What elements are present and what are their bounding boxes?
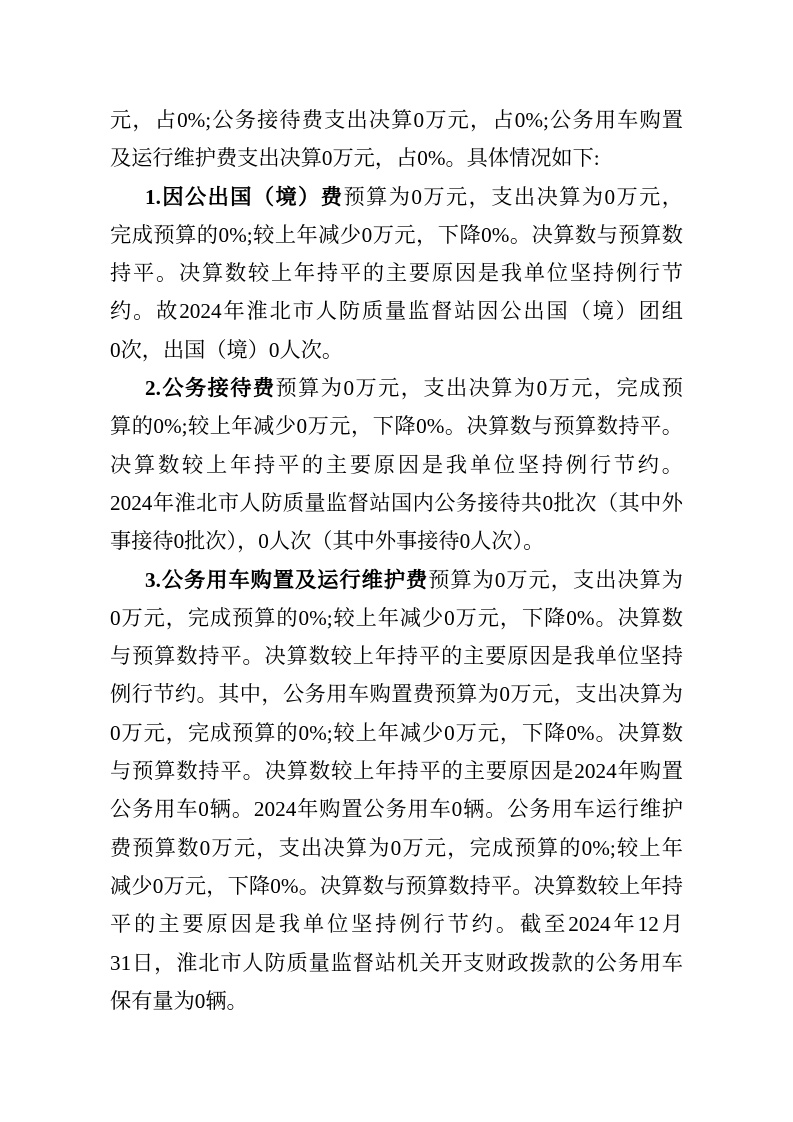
- text-run: 约。故2024年淮北市人防质量监督站因公出国（境）团组: [110, 299, 683, 323]
- text-run: 算的0%;较上年减少0万元，下降0%。决算数与预算数持平。: [110, 414, 683, 438]
- text-line: 费预算数0万元，支出决算为0万元，完成预算的0%;较上年: [110, 829, 683, 867]
- text-run: 0万元，完成预算的0%;较上年减少0万元，下降0%。决算数: [110, 606, 683, 630]
- text-line: 算的0%;较上年减少0万元，下降0%。决算数与预算数持平。: [110, 407, 683, 445]
- text-line: 平的主要原因是我单位坚持例行节约。截至2024年12月: [110, 905, 683, 943]
- text-line: 完成预算的0%;较上年减少0万元，下降0%。决算数与预算数: [110, 216, 683, 254]
- text-line: 公务用车0辆。2024年购置公务用车0辆。公务用车运行维护: [110, 790, 683, 828]
- bold-heading-run: 1.因公出国（境）费: [145, 185, 343, 209]
- text-line: 0万元，完成预算的0%;较上年减少0万元，下降0%。决算数: [110, 599, 683, 637]
- document-page: 元，占0%;公务接待费支出决算0万元，占0%;公务用车购置及运行维护费支出决算0…: [0, 0, 793, 1122]
- text-line: 持平。决算数较上年持平的主要原因是我单位坚持例行节: [110, 254, 683, 292]
- text-run: 减少0万元，下降0%。决算数与预算数持平。决算数较上年持: [110, 874, 683, 898]
- text-line: 约。故2024年淮北市人防质量监督站因公出国（境）团组: [110, 292, 683, 330]
- text-run: 完成预算的0%;较上年减少0万元，下降0%。决算数与预算数: [110, 223, 683, 247]
- text-run: 事接待0批次），0人次（其中外事接待0人次）。: [110, 529, 544, 553]
- text-line: 3.公务用车购置及运行维护费预算为0万元，支出决算为: [110, 561, 683, 599]
- text-run: 与预算数持平。决算数较上年持平的主要原因是2024年购置: [110, 759, 683, 783]
- text-run: 决算数较上年持平的主要原因是我单位坚持例行节约。: [110, 453, 683, 477]
- text-run: 0万元，完成预算的0%;较上年减少0万元，下降0%。决算数: [110, 721, 683, 745]
- text-run: 保有量为0辆。: [110, 989, 248, 1013]
- text-line: 决算数较上年持平的主要原因是我单位坚持例行节约。: [110, 446, 683, 484]
- text-run: 31日，淮北市人防质量监督站机关开支财政拨款的公务用车: [110, 951, 683, 975]
- text-run: 预算为0万元，支出决算为0万元，完成预: [276, 376, 683, 400]
- text-run: 0次，出国（境）0人次。: [110, 338, 343, 362]
- text-line: 事接待0批次），0人次（其中外事接待0人次）。: [110, 522, 683, 560]
- text-run: 公务用车0辆。2024年购置公务用车0辆。公务用车运行维护: [110, 797, 683, 821]
- text-run: 例行节约。其中，公务用车购置费预算为0万元，支出决算为: [110, 682, 683, 706]
- text-line: 与预算数持平。决算数较上年持平的主要原因是2024年购置: [110, 752, 683, 790]
- text-line: 与预算数持平。决算数较上年持平的主要原因是我单位坚持: [110, 637, 683, 675]
- text-line: 31日，淮北市人防质量监督站机关开支财政拨款的公务用车: [110, 944, 683, 982]
- text-line: 及运行维护费支出决算0万元，占0%。具体情况如下:: [110, 139, 683, 177]
- text-run: 预算为0万元，支出决算为: [428, 568, 683, 592]
- bold-heading-run: 2.公务接待费: [145, 376, 276, 400]
- text-run: 预算为0万元，支出决算为0万元，: [343, 185, 683, 209]
- text-line: 0次，出国（境）0人次。: [110, 331, 683, 369]
- text-line: 元，占0%;公务接待费支出决算0万元，占0%;公务用车购置: [110, 101, 683, 139]
- text-line: 0万元，完成预算的0%;较上年减少0万元，下降0%。决算数: [110, 714, 683, 752]
- text-run: 元，占0%;公务接待费支出决算0万元，占0%;公务用车购置: [110, 108, 683, 132]
- text-run: 费预算数0万元，支出决算为0万元，完成预算的0%;较上年: [110, 836, 683, 860]
- text-block: 元，占0%;公务接待费支出决算0万元，占0%;公务用车购置及运行维护费支出决算0…: [110, 101, 683, 1020]
- text-line: 减少0万元，下降0%。决算数与预算数持平。决算数较上年持: [110, 867, 683, 905]
- text-run: 及运行维护费支出决算0万元，占0%。具体情况如下:: [110, 146, 600, 170]
- text-run: 持平。决算数较上年持平的主要原因是我单位坚持例行节: [110, 261, 683, 285]
- text-line: 2.公务接待费预算为0万元，支出决算为0万元，完成预: [110, 369, 683, 407]
- text-run: 与预算数持平。决算数较上年持平的主要原因是我单位坚持: [110, 644, 683, 668]
- text-run: 平的主要原因是我单位坚持例行节约。截至2024年12月: [110, 912, 683, 936]
- text-run: 2024年淮北市人防质量监督站国内公务接待共0批次（其中外: [110, 491, 683, 515]
- text-line: 例行节约。其中，公务用车购置费预算为0万元，支出决算为: [110, 675, 683, 713]
- bold-heading-run: 3.公务用车购置及运行维护费: [145, 568, 428, 592]
- text-line: 2024年淮北市人防质量监督站国内公务接待共0批次（其中外: [110, 484, 683, 522]
- text-line: 保有量为0辆。: [110, 982, 683, 1020]
- text-line: 1.因公出国（境）费预算为0万元，支出决算为0万元，: [110, 178, 683, 216]
